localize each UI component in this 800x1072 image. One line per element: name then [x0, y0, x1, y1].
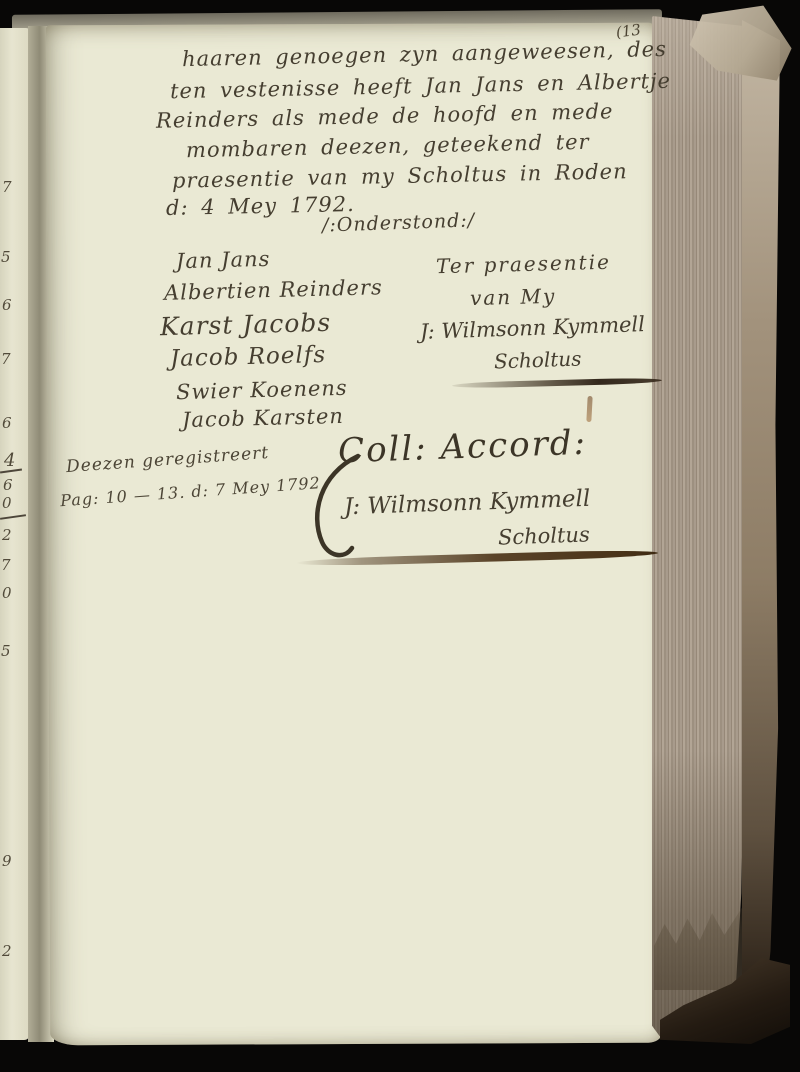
signature-name: Albertien Reinders [164, 277, 383, 304]
facing-page-fragment: 7 [1, 350, 11, 368]
facing-page-fragment: 7 [2, 178, 12, 196]
facing-page-fragment: 5 [1, 248, 11, 266]
facing-page-fragment: 6 [2, 296, 12, 314]
attestation-title: Scholtus [494, 348, 582, 371]
facing-page-fragment: 2 [2, 526, 12, 544]
signature-name: Karst Jacobs [160, 310, 332, 339]
facing-page-fragment: 0 [2, 494, 12, 512]
facing-page-fragment: 9 [2, 852, 12, 870]
book-cover-edge [742, 20, 780, 1032]
signature-name: Swier Koenens [176, 378, 348, 403]
signature-name: Jacob Karsten [182, 406, 344, 431]
page-fore-edge [652, 16, 746, 1036]
facing-page-fragment: 2 [2, 942, 12, 960]
facing-page-fragment: 6 [2, 414, 12, 432]
facing-page-fragment: 6 [3, 476, 13, 494]
attestation-line: van My [470, 286, 557, 308]
facing-page-fragment: 5 [1, 642, 11, 660]
signature-name: Jacob Roelfs [170, 344, 327, 371]
facing-page-fragment: 4 [4, 450, 15, 471]
attestation-line: Ter praesentie [436, 252, 611, 277]
collation-heading: Coll: Accord: [337, 426, 587, 469]
collation-title: Scholtus [498, 524, 590, 548]
signature-name: Jan Jans [176, 249, 271, 272]
onderstond-note: /:Onderstond:/ [322, 211, 476, 235]
facing-page-fragment: 0 [2, 584, 12, 602]
facing-page-fragment: 7 [1, 556, 11, 574]
archival-photo: 7 5 6 7 6 4 6 0 2 7 0 5 9 2 (13 haaren g… [0, 0, 800, 1072]
